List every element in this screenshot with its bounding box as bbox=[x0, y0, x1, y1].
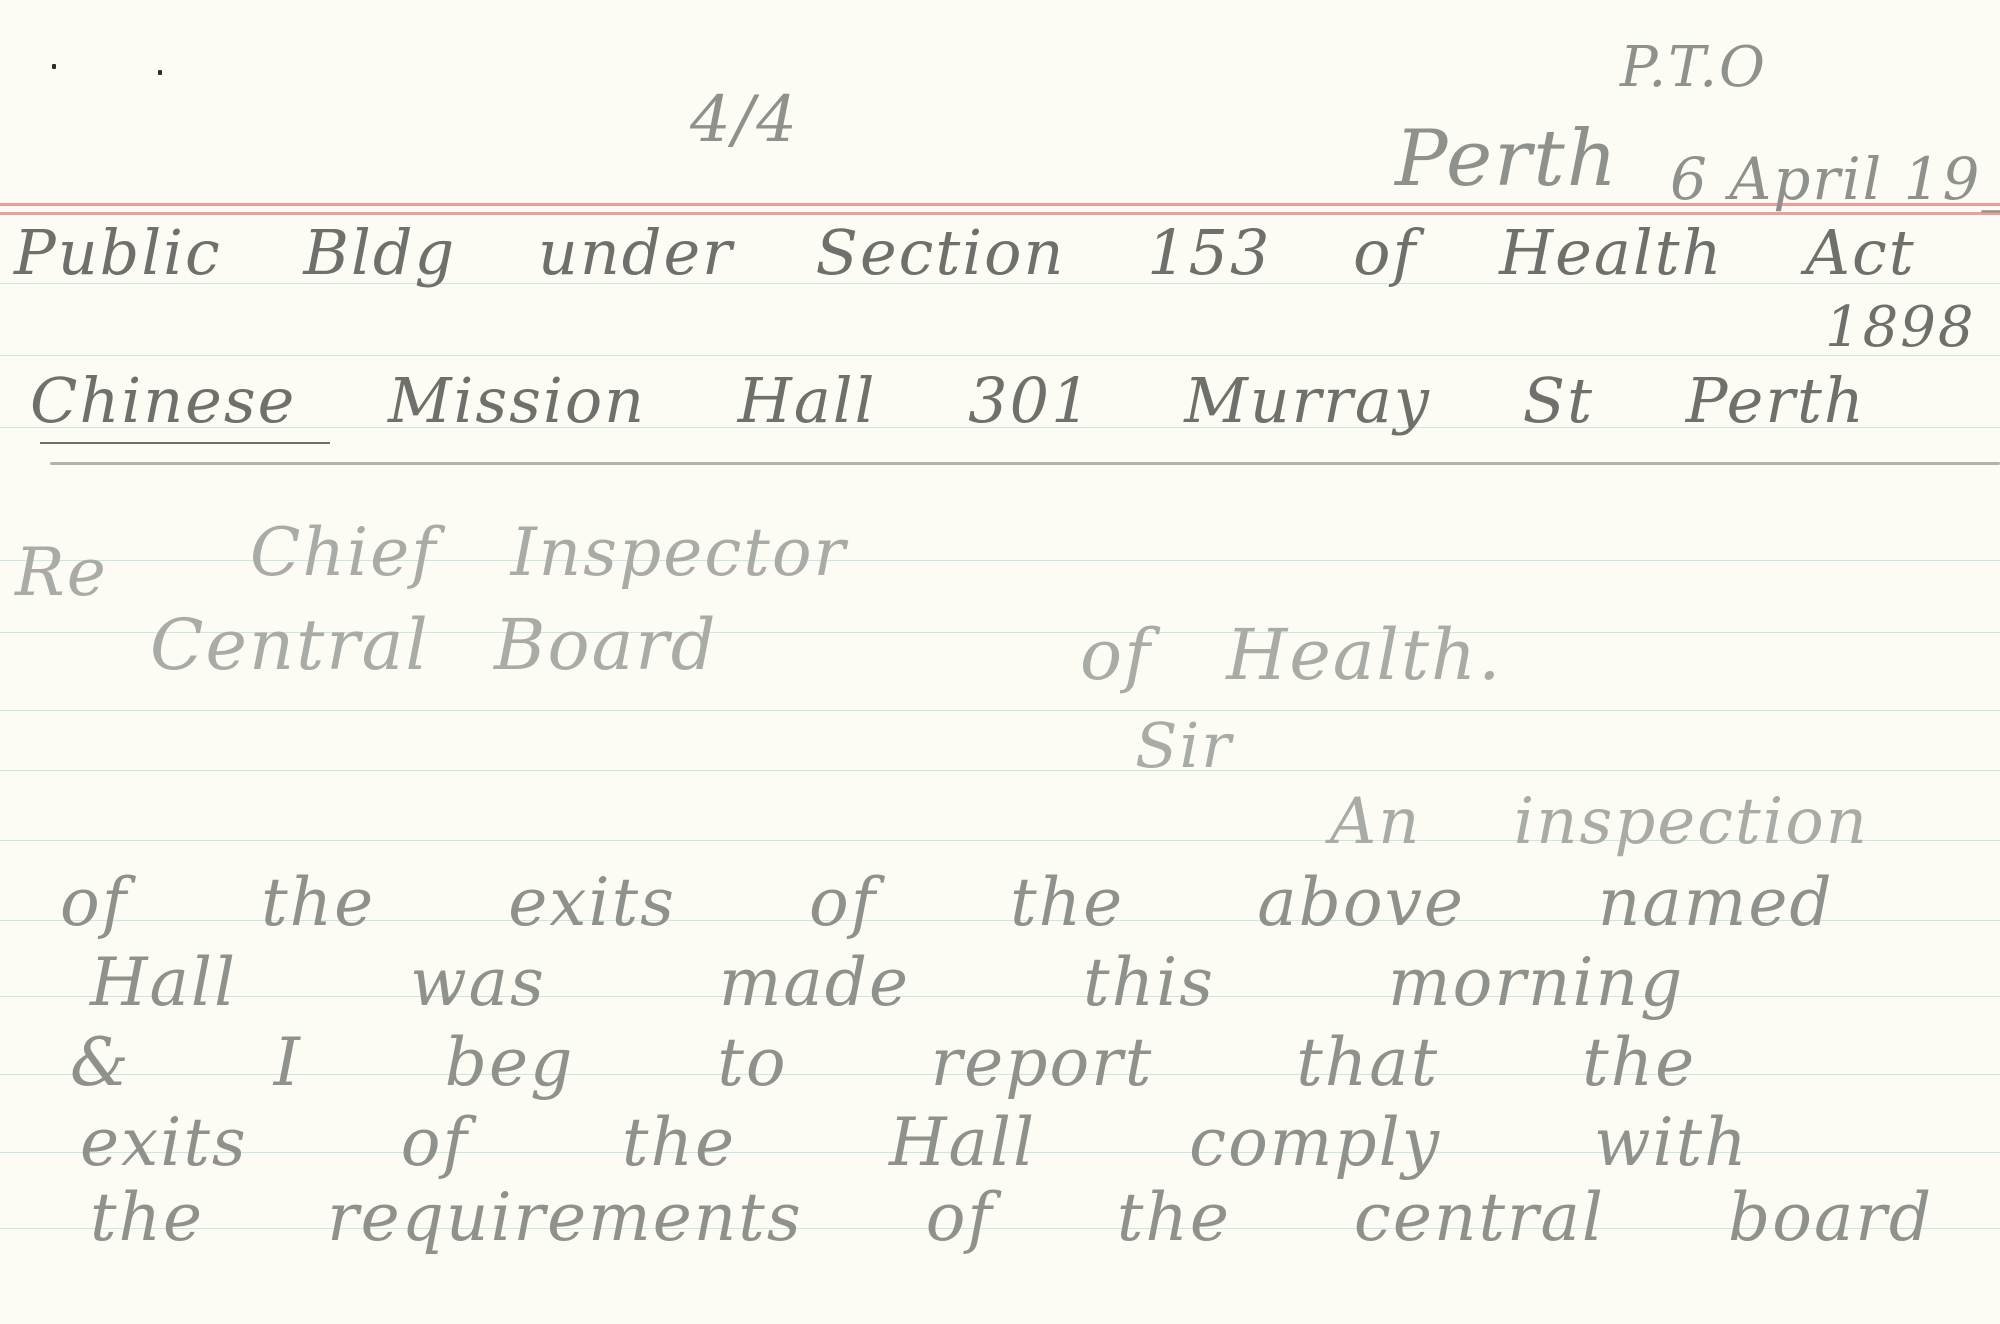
body-word: with bbox=[1594, 1104, 1749, 1181]
addressee-prefix: Re bbox=[15, 540, 108, 606]
body-word: inspection bbox=[1514, 785, 1869, 859]
addressee-line-2a: Central Board bbox=[150, 610, 718, 680]
body-word: exits bbox=[80, 1104, 248, 1181]
body-word: of bbox=[926, 1179, 994, 1256]
subject-line-1: Public Bldg under Section 153 of Health … bbox=[14, 222, 1916, 284]
body-word: comply bbox=[1189, 1104, 1441, 1181]
chinese-underline bbox=[40, 442, 330, 444]
body-word: exits bbox=[508, 864, 676, 941]
folio-number: 4/4 bbox=[690, 88, 799, 152]
body-word: the bbox=[1582, 1024, 1696, 1101]
body-word: of bbox=[809, 864, 877, 941]
body-word: of bbox=[401, 1104, 469, 1181]
body-word: report bbox=[931, 1024, 1154, 1101]
body-line-4: & I beg to report that the bbox=[70, 1030, 1696, 1096]
body-word: named bbox=[1598, 864, 1834, 941]
body-word: beg bbox=[445, 1024, 575, 1101]
body-word: the bbox=[622, 1104, 736, 1181]
subject-underline-rule bbox=[50, 462, 2000, 465]
ink-speck bbox=[52, 64, 56, 69]
ruled-line bbox=[0, 710, 2000, 711]
body-word: to bbox=[717, 1024, 787, 1101]
pto-note: P.T.O bbox=[1620, 40, 1767, 96]
body-word: of bbox=[60, 864, 128, 941]
body-word: An bbox=[1330, 785, 1421, 859]
body-line-6: the requirements of the central board bbox=[90, 1185, 1933, 1251]
body-word: central bbox=[1354, 1179, 1605, 1256]
body-word: above bbox=[1257, 864, 1465, 941]
body-word: I bbox=[274, 1024, 302, 1101]
body-word: morning bbox=[1388, 944, 1684, 1021]
body-word: the bbox=[261, 864, 375, 941]
body-line-2: of the exits of the above named bbox=[60, 870, 1834, 936]
act-year: 1898 bbox=[1825, 300, 1976, 356]
addressee-line-2b: of Health. bbox=[1080, 620, 1502, 690]
body-word: & bbox=[70, 1024, 131, 1101]
body-word: the bbox=[1117, 1179, 1231, 1256]
body-word: the bbox=[90, 1179, 204, 1256]
subject-line-2-text: Chinese Mission Hall 301 Murray St Perth bbox=[30, 364, 1866, 437]
place-name: Perth bbox=[1395, 120, 1619, 198]
body-word: Hall bbox=[90, 944, 237, 1021]
body-word: that bbox=[1296, 1024, 1439, 1101]
letter-date: 6 April 19__ bbox=[1670, 150, 2000, 208]
body-line-3: Hall was made this morning bbox=[90, 950, 1684, 1016]
ink-speck bbox=[158, 70, 162, 75]
body-word: this bbox=[1083, 944, 1215, 1021]
addressee-line-1: Chief Inspector bbox=[250, 520, 847, 586]
body-line-1: An inspection bbox=[1330, 790, 1869, 854]
ruled-line bbox=[0, 355, 2000, 356]
body-word: requirements bbox=[327, 1179, 803, 1256]
body-word: Hall bbox=[889, 1104, 1036, 1181]
salutation: Sir bbox=[1135, 715, 1233, 777]
index-card: 4/4 P.T.O Perth 6 April 19__ Public Bldg… bbox=[0, 0, 2000, 1324]
body-word: board bbox=[1728, 1179, 1933, 1256]
body-line-5: exits of the Hall comply with bbox=[80, 1110, 1749, 1176]
body-word: the bbox=[1010, 864, 1124, 941]
body-word: made bbox=[719, 944, 910, 1021]
ruled-line bbox=[0, 770, 2000, 771]
subject-line-2: Chinese Mission Hall 301 Murray St Perth bbox=[30, 370, 1866, 432]
body-word: was bbox=[410, 944, 546, 1021]
subject-line-1-text: Public Bldg under Section 153 of Health … bbox=[14, 216, 1916, 289]
